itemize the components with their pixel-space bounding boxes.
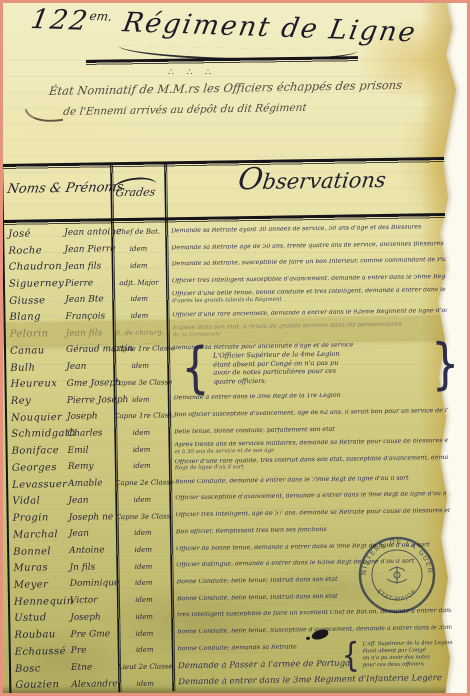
surname-cell: Chaudron bbox=[2, 261, 65, 273]
grade-cell: idem bbox=[115, 495, 169, 504]
surname-cell: Rey bbox=[4, 395, 67, 407]
grade-cell: Lieut 2e Classe bbox=[118, 662, 172, 671]
grade-cell: idem bbox=[112, 295, 166, 304]
observation-cell: Bon officier susceptible d'avancement, â… bbox=[168, 408, 448, 419]
firstname-cell: Jean antoine bbox=[64, 228, 111, 239]
surname-cell: Heureux bbox=[3, 378, 66, 390]
firstname-cell: Jean fils bbox=[66, 328, 113, 339]
surname-cell: Vidal bbox=[5, 495, 68, 507]
firstname-cell: Géraud martin bbox=[66, 345, 113, 356]
firstname-cell: Etne bbox=[71, 662, 118, 673]
column-header-grade: Grades bbox=[115, 186, 157, 200]
decoration-dots: ∴ ∴ ∴ bbox=[168, 68, 216, 78]
firstname-cell: Gme Joseph bbox=[66, 378, 113, 389]
surname-cell: Echaussé bbox=[8, 646, 71, 658]
table-rows: JoséJean antoineChef de Bat.Demande sa R… bbox=[1, 219, 452, 694]
firstname-cell: Pierre Joseph bbox=[67, 395, 114, 406]
observation-cell: Officier très Intelligent susceptible d'… bbox=[166, 274, 446, 285]
firstname-cell: Victor bbox=[70, 595, 117, 606]
svg-text:ETAT-MAJOR: ETAT-MAJOR bbox=[375, 588, 418, 603]
grade-cell: idem bbox=[113, 362, 167, 371]
firstname-cell: Jn fils bbox=[69, 562, 116, 573]
surname-cell: Blang bbox=[2, 311, 65, 323]
surname-cell: Giusse bbox=[2, 295, 65, 307]
firstname-cell: Remy bbox=[68, 462, 115, 473]
surname-cell: Marchal bbox=[6, 529, 69, 541]
grade-cell: idem bbox=[115, 462, 169, 471]
grade-cell: Capne 1re Classe bbox=[113, 345, 167, 354]
surname-cell: Nouquier bbox=[4, 412, 67, 424]
grade-cell: idem bbox=[118, 679, 172, 688]
firstname-cell: Charles bbox=[67, 428, 114, 439]
svg-text:MINISTERE DE LA GUERRE: MINISTERE DE LA GUERRE bbox=[356, 534, 434, 576]
grade-cell: idem bbox=[114, 395, 168, 404]
firstname-cell: Amable bbox=[68, 478, 115, 489]
grade-cell: adjt. Major bbox=[112, 278, 166, 287]
firstname-cell: Antoine bbox=[69, 545, 116, 556]
observation-cell: Officier d'une rare ancienneté, demande … bbox=[166, 308, 446, 319]
observation-cell: Officier très Intelligent, âgé de 57 ans… bbox=[170, 508, 450, 519]
group-note-lines: L'Officier Supérieur de la 4me Legion ét… bbox=[209, 348, 432, 385]
surname-cell: Roche bbox=[1, 245, 64, 257]
grade-cell: idem bbox=[116, 562, 170, 571]
surname-cell: Canau bbox=[3, 345, 66, 357]
surname-cell: Boniface bbox=[5, 445, 68, 457]
column-header-observations: Observations bbox=[236, 160, 388, 197]
firstname-cell: Pre Gme bbox=[70, 629, 117, 640]
observation-cell: Bonne Conduite, demande à entrer dans le… bbox=[169, 475, 449, 486]
observation-cell: Officier susceptible d'avancement, deman… bbox=[169, 491, 449, 502]
surname-cell: Meyer bbox=[7, 579, 70, 591]
observation-cell: Demande sa Retraite, susceptible de fair… bbox=[166, 257, 446, 268]
observation-cell: Demande sa Retraite ayant 30 années de s… bbox=[165, 224, 445, 235]
surname-cell: Levassuer bbox=[5, 479, 68, 491]
footer-note-line: pour ces deux officiers bbox=[363, 660, 454, 668]
grade-cell: idem bbox=[115, 445, 169, 454]
footer-note-brace: { bbox=[342, 635, 360, 675]
firstname-cell: Alexandre bbox=[71, 679, 118, 690]
grade-cell: Capne 2e Classe bbox=[115, 479, 169, 488]
firstname-cell: Jean Bte bbox=[65, 294, 112, 305]
firstname-cell: Jean fils bbox=[65, 261, 112, 272]
group-note: { L'Officier Supérieur de la 4me Legion … bbox=[181, 345, 460, 389]
surname-cell: Schmidgath bbox=[4, 428, 67, 440]
grade-cell: idem bbox=[112, 261, 166, 270]
regiment-number-suffix: em. bbox=[89, 9, 114, 24]
surname-cell: Pelorin bbox=[3, 328, 66, 340]
firstname-cell: Emil bbox=[68, 445, 115, 456]
grade-cell: idem bbox=[112, 311, 166, 320]
firstname-cell: Dominique bbox=[70, 579, 117, 590]
surname-cell: Progin bbox=[6, 512, 69, 524]
surname-cell: Bulh bbox=[3, 362, 66, 374]
footer-note-lines: L'off. Supérieur de la 4me Legion étant … bbox=[359, 639, 454, 668]
grade-cell: S. de chirurg. bbox=[113, 328, 167, 337]
stamp-emblem bbox=[387, 566, 407, 584]
group-note-brace-right: } bbox=[431, 340, 460, 390]
firstname-cell: Jean bbox=[68, 495, 115, 506]
grade-cell: idem bbox=[117, 629, 171, 638]
grade-cell: Chef de Bat. bbox=[111, 228, 165, 237]
grade-cell: Capne 3e Classe bbox=[113, 378, 167, 387]
firstname-cell: Joseph ne bbox=[69, 512, 116, 523]
grade-cell: idem bbox=[117, 579, 171, 588]
column-header-names: Noms & Prénoms bbox=[6, 180, 124, 197]
grade-cell: idem bbox=[117, 612, 171, 621]
stamp-text-top: MINISTERE DE LA GUERRE bbox=[356, 534, 434, 576]
grade-cell: idem bbox=[111, 244, 165, 253]
surname-cell: Siguerney bbox=[2, 278, 65, 290]
footer-note-line: L'off. Supérieur de la 4me Legion bbox=[362, 639, 453, 647]
surname-cell: Bonnel bbox=[6, 545, 69, 557]
firstname-cell: Jean bbox=[69, 529, 116, 540]
war-ministry-stamp-icon: MINISTERE DE LA GUERRE ETAT-MAJOR bbox=[356, 534, 438, 616]
document-scan: { "document": { "title_number": "122", "… bbox=[0, 0, 470, 696]
grade-cell: Capne 3e Class. bbox=[116, 512, 170, 521]
surname-cell: Bosc bbox=[8, 662, 71, 674]
grade-cell: idem bbox=[116, 545, 170, 554]
observation-cell: Demande sa Retraite âgé de 50 ans, trent… bbox=[165, 241, 445, 252]
surname-cell: Muras bbox=[6, 562, 69, 574]
firstname-cell: Pre bbox=[71, 646, 118, 657]
grade-cell: idem bbox=[116, 529, 170, 538]
grade-cell: idem bbox=[118, 646, 172, 655]
surname-cell: Hennequin bbox=[7, 596, 70, 608]
surname-cell: Roubau bbox=[7, 629, 70, 641]
surname-cell: Gouzien bbox=[8, 679, 71, 691]
observation-cell: Demande à entrer dans le 3me Regiment d'… bbox=[172, 674, 452, 687]
firstname-cell: Joseph bbox=[67, 412, 114, 423]
firstname-cell: Jean bbox=[66, 361, 113, 372]
regiment-number: 122 bbox=[29, 4, 92, 37]
group-note-brace-left: { bbox=[181, 344, 210, 394]
footer-note: { L'off. Supérieur de la 4me Legion étan… bbox=[342, 637, 455, 672]
firstname-cell: Jean Pierre bbox=[64, 244, 111, 255]
grade-cell: Capne 1re Class. bbox=[114, 412, 168, 421]
grade-cell: idem bbox=[117, 596, 171, 605]
grade-cell: idem bbox=[114, 428, 168, 437]
firstname-cell: Joseph bbox=[70, 612, 117, 623]
firstname-cell: François bbox=[65, 311, 112, 322]
observation-cell: Belle tenue, Bonne conduite, parfaitemen… bbox=[168, 425, 448, 436]
surname-cell: Ustud bbox=[7, 612, 70, 624]
surname-cell: José bbox=[1, 228, 64, 240]
surname-cell: Georges bbox=[5, 462, 68, 474]
stamp-text-bottom: ETAT-MAJOR bbox=[375, 588, 418, 603]
firstname-cell: Pierre bbox=[65, 278, 112, 289]
